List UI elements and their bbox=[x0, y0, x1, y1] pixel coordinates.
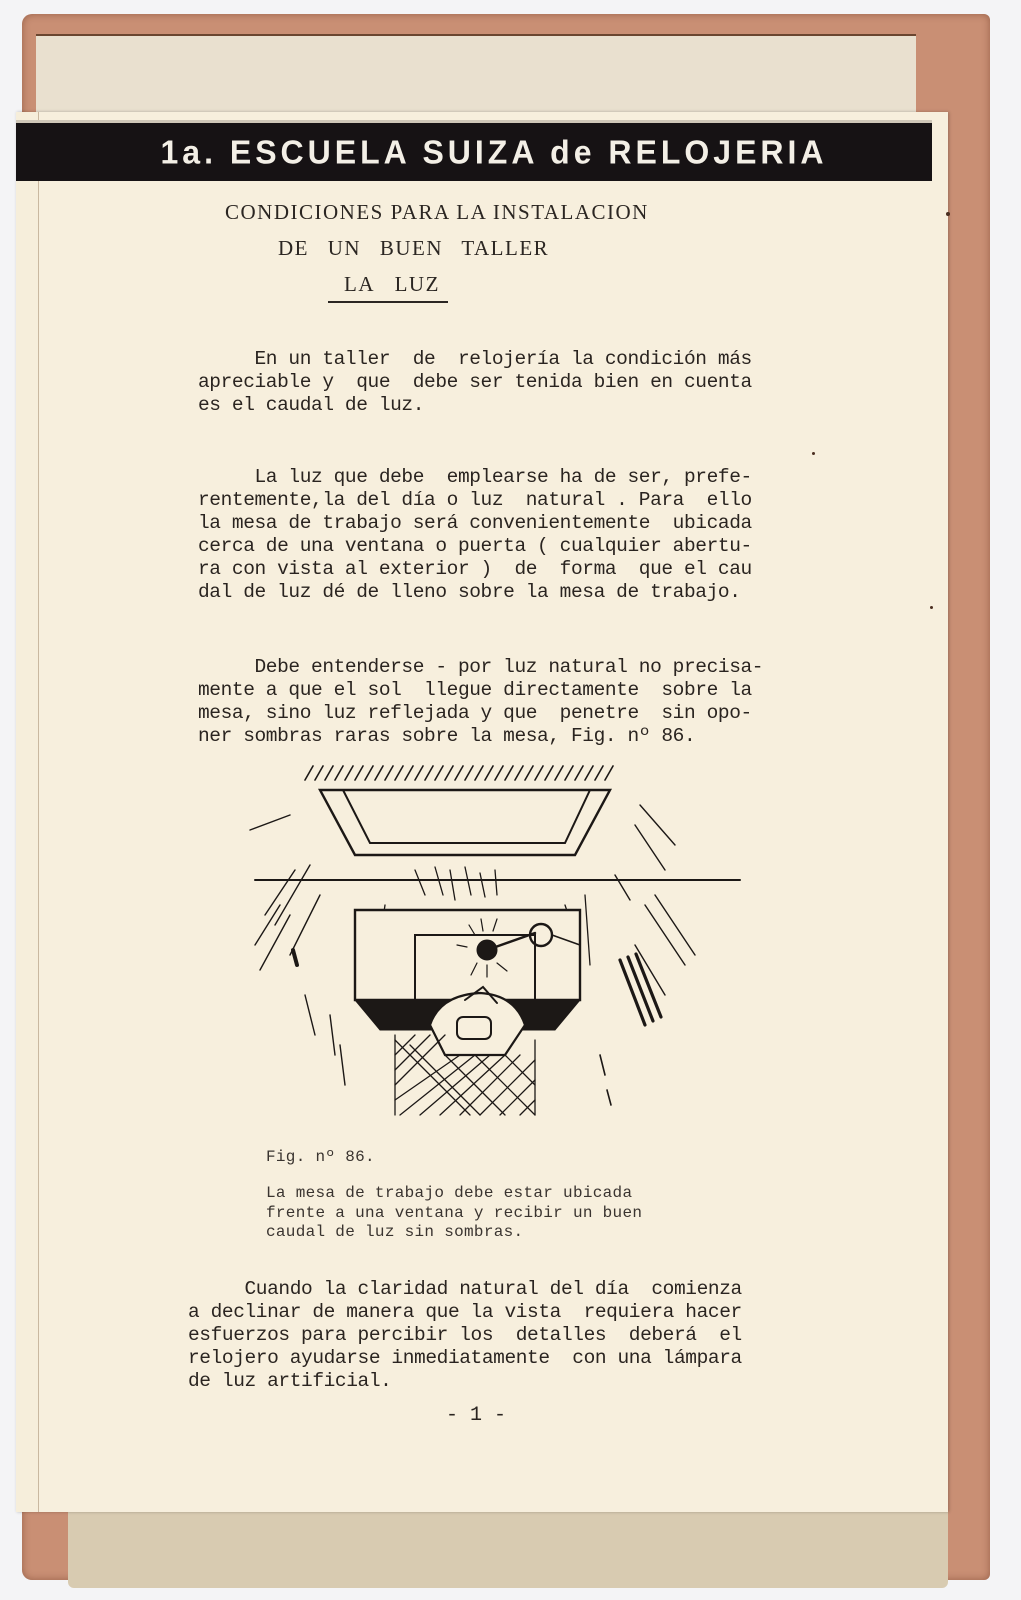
underlying-sheet-bottom bbox=[68, 1510, 948, 1588]
paragraph-1: En un taller de relojería la condición m… bbox=[198, 348, 773, 417]
paper-speck bbox=[930, 606, 933, 609]
title-line-2: DE UN BUEN TALLER bbox=[278, 236, 549, 261]
figure-label: Fig. nº 86. bbox=[266, 1148, 726, 1168]
paragraph-3: Debe entenderse - por luz natural no pre… bbox=[198, 656, 773, 748]
section-subtitle: LA LUZ bbox=[328, 272, 448, 303]
page-number: - 1 - bbox=[446, 1404, 506, 1427]
school-name: 1a. ESCUELA SUIZA de RELOJERIA bbox=[120, 133, 827, 172]
paper-speck bbox=[812, 452, 815, 455]
workbench-illustration bbox=[235, 755, 755, 1125]
paragraph-2: La luz que debe emplearse ha de ser, pre… bbox=[198, 466, 773, 604]
title-line-1: CONDICIONES PARA LA INSTALACION bbox=[225, 200, 649, 225]
school-header-band: 1a. ESCUELA SUIZA de RELOJERIA bbox=[16, 120, 932, 181]
figure-caption: La mesa de trabajo debe estar ubicada fr… bbox=[266, 1184, 726, 1243]
paragraph-4: Cuando la claridad natural del día comie… bbox=[188, 1278, 763, 1393]
paper-speck bbox=[946, 212, 950, 216]
